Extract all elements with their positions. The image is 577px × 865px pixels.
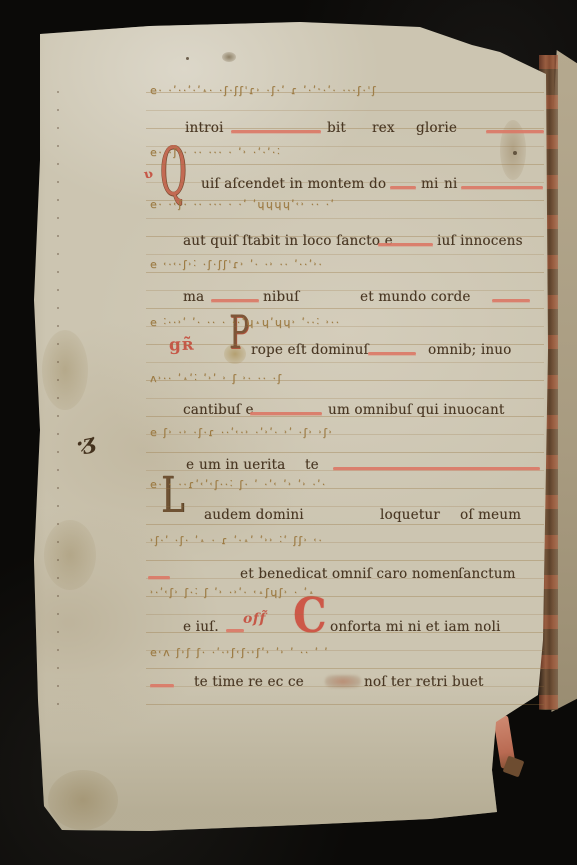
pricking-dot xyxy=(57,307,59,309)
pricking-dot xyxy=(57,91,59,93)
pricking-dot xyxy=(57,199,59,201)
chant-text: rope eſt dominuſ xyxy=(251,342,369,358)
chant-text: oſ meum xyxy=(460,507,521,523)
neume-band: e· ·ʃ˒· ·· ··· · ʹ˒ ·ʹ·ʹ·˸ xyxy=(150,146,544,172)
ruled-line xyxy=(146,560,544,561)
pricking-dot xyxy=(57,595,59,597)
chant-text: mi xyxy=(421,176,439,192)
chant-text: noſ ter retri buet xyxy=(364,674,484,690)
chant-text: um omnibuſ qui inuocant xyxy=(328,402,504,418)
red-filler-line xyxy=(378,243,433,246)
chant-text: audem domini xyxy=(204,507,304,523)
pricking-dot xyxy=(57,163,59,165)
chant-text: omnib; inuo xyxy=(428,342,511,358)
neume-band: e· ·ʹ··ʹ·ʹ˔· ·ʃ·ʃʃˈɾ˒ ·ʃ·ʹ ɾ ʹ·ʹˑ·ʹ· ···… xyxy=(150,84,544,110)
neume-band: e· · ··ɾʹ˓ʹ˓ʃ··˸ ʃ· ʹ ·ʹ˓ ʹ˒ ʹ˒ ·ʹ· xyxy=(150,478,544,504)
chant-text: glorie xyxy=(416,120,457,136)
chant-text: um in uerita xyxy=(199,457,285,473)
chant-text: te time re ec ce xyxy=(194,674,304,690)
pricking-dot xyxy=(57,685,59,687)
pricking-dot xyxy=(57,631,59,633)
chant-text: e xyxy=(186,457,194,473)
pricking-dot xyxy=(57,379,59,381)
ruled-line xyxy=(146,398,544,399)
pricking-dot xyxy=(57,145,59,147)
neume-band: e· ·˓ʃ· ·· ··· · ·ʹ ʹɥɥɥɥʹ˓˒ ·· ·ʹ xyxy=(150,198,544,224)
red-filler-line xyxy=(333,467,540,470)
chant-text: et mundo corde xyxy=(360,289,471,305)
pricking-dot xyxy=(57,433,59,435)
red-filler-line xyxy=(390,186,416,189)
chant-text: cantibuſ e xyxy=(183,402,254,418)
pricking-dot xyxy=(57,649,59,651)
ruled-line xyxy=(146,704,544,705)
manuscript-content: Q P L C gʀ̃ off̃ ʋ ·ʒ̷ e· ·ʹ··ʹ·ʹ˔· ·ʃ·ʃ… xyxy=(0,0,577,865)
chant-text: introi xyxy=(185,120,224,136)
chant-text: aut quiſ ſtabit in loco ſancto e xyxy=(183,233,393,249)
pricking-dot xyxy=(57,469,59,471)
chant-text: rex xyxy=(372,120,395,136)
chant-text: te xyxy=(305,457,319,473)
chant-text: e iuſ. xyxy=(183,619,219,635)
pricking-dot xyxy=(57,613,59,615)
pricking-dot xyxy=(57,343,59,345)
pricking-dot xyxy=(57,127,59,129)
neume-band: ˒·ʹ˓ʃ˒ ʃ·˸ ʃ ʹ˒ ·˒ʹ· ˓˔ʃɥʃ˒ · ʹ˔ xyxy=(150,586,544,612)
red-filler-line xyxy=(486,130,544,133)
pricking-dot xyxy=(57,667,59,669)
pricking-dot xyxy=(57,361,59,363)
pricking-dot xyxy=(57,109,59,111)
manuscript-photo: Q P L C gʀ̃ off̃ ʋ ·ʒ̷ e· ·ʹ··ʹ·ʹ˔· ·ʃ·ʃ… xyxy=(0,0,577,865)
red-filler-line xyxy=(148,576,170,579)
ruled-line xyxy=(146,110,544,111)
neume-band: e ˓·˓·ʃ˒˸ ·ʃ·ʃʃˈɾ˒ ʹ· ·˒ ·· ʹ··ʹ˒· xyxy=(150,258,544,284)
red-filler-line xyxy=(250,412,322,415)
neume-band: ʌ˒·· ʹ˔ʹ˸ ʹ˒ʹ ˒ ʃ ˒· ·· ·ʃ xyxy=(150,372,544,398)
pricking-dot xyxy=(57,505,59,507)
chant-text: et benedicat omniſ caro nomen xyxy=(240,566,459,582)
ruled-line xyxy=(146,362,544,363)
neume-band: e ˸··˒ʹ ʹ· ·· · ··ʹɥ˔ɥʹɥɥ˒ ʹ··˸ ˒·· xyxy=(150,316,544,342)
ruled-line xyxy=(146,614,544,615)
pricking-dot xyxy=(57,523,59,525)
pricking-dot xyxy=(57,559,59,561)
pricking-dot xyxy=(57,253,59,255)
red-filler-line xyxy=(492,299,530,302)
ruled-line xyxy=(146,254,544,255)
chant-text: nibuſ xyxy=(263,289,299,305)
red-filler-line xyxy=(231,130,321,133)
red-filler-line xyxy=(368,352,416,355)
margin-mark: ·ʒ̷ xyxy=(74,429,95,457)
ruled-line xyxy=(146,524,544,525)
chant-text: ma xyxy=(183,289,204,305)
pricking-dot xyxy=(57,541,59,543)
pricking-dot xyxy=(57,217,59,219)
pricking-dot xyxy=(57,415,59,417)
pricking-dot xyxy=(57,487,59,489)
red-filler-line xyxy=(461,186,543,189)
ruled-line xyxy=(146,452,544,453)
pricking-dot xyxy=(57,325,59,327)
erased-smudge xyxy=(325,675,361,688)
pricking-dot xyxy=(57,289,59,291)
chant-text: onforta mi ni et iam noli xyxy=(330,619,501,635)
chant-text: iuſ innocens xyxy=(437,233,523,249)
pricking-dot xyxy=(57,181,59,183)
chant-text: bit xyxy=(327,120,346,136)
neume-band: e ʃ˒ ·˒ ·ʃ·ɾ ··ʹ˓·˒ ·ʹ˒ʹ· ˒ʹ ·ʃ˒ ˒ʃ˒ xyxy=(150,426,544,452)
neume-band: ˒ʃ·ʹ ·ʃ· ʹ˔ · ɾ ʹ·˔ʹ ʹ˒˒ ˸ʹ ʃʃ˒ ˓· xyxy=(150,534,544,560)
pricking-dot xyxy=(57,703,59,705)
chant-text: ſanctum xyxy=(458,566,516,582)
red-filler-line xyxy=(226,629,244,632)
pricking-dot xyxy=(57,235,59,237)
chant-text: uiſ aſcendet in montem do xyxy=(201,176,386,192)
red-filler-line xyxy=(211,299,259,302)
pricking-dot xyxy=(57,451,59,453)
chant-text: ni xyxy=(444,176,457,192)
ruled-line xyxy=(146,308,544,309)
pricking-dot xyxy=(57,577,59,579)
neume-band: e˓ʌ ʃ˒ʃ ʃ· ·ʹ·˒ʃ˓ʃ·˒ʃʹ˒ ʹ˒ ʹ ·· ʹ ʹ xyxy=(150,646,544,672)
ruled-line xyxy=(146,290,544,291)
pricking-dot xyxy=(57,271,59,273)
chant-text: loquetur xyxy=(380,507,440,523)
pricking-dot xyxy=(57,397,59,399)
red-filler-line xyxy=(150,684,174,687)
